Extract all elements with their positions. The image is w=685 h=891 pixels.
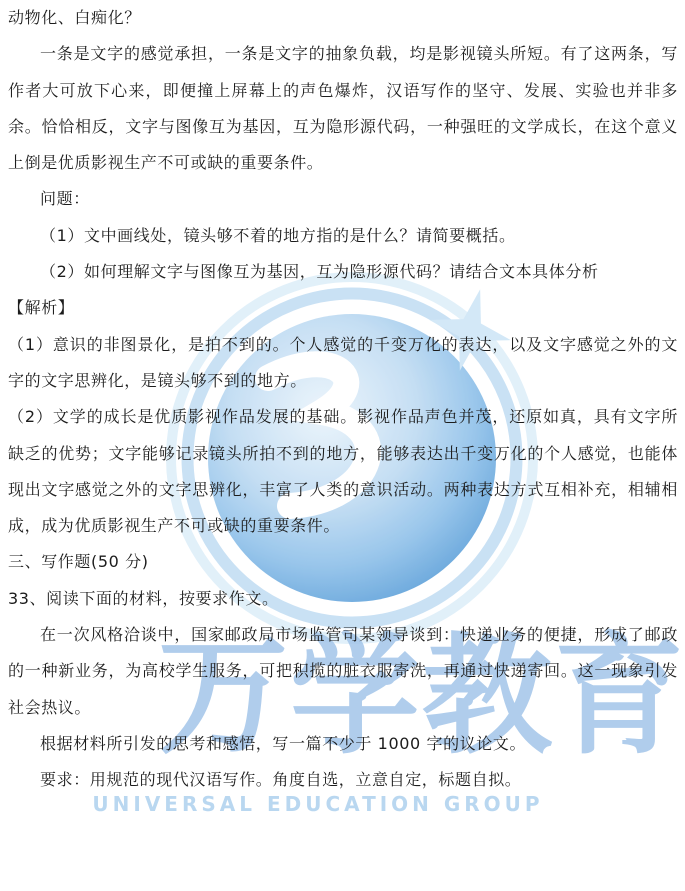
paragraph: 在一次风格洽谈中，国家邮政局市场监管司某领导谈到：快递业务的便捷，形成了邮政的一… <box>8 617 678 726</box>
paragraph: 动物化、白痴化？ <box>8 0 678 36</box>
document-body: 动物化、白痴化？一条是文字的感觉承担，一条是文字的抽象负载，均是影视镜头所短。有… <box>0 0 685 799</box>
paragraph: 33、阅读下面的材料，按要求作文。 <box>8 581 678 617</box>
paragraph: 根据材料所引发的思考和感悟，写一篇不少于 1000 字的议论文。 <box>8 726 678 762</box>
paragraph: 【解析】 <box>8 290 678 326</box>
document-page: { "page": { "width": 685, "height": 891,… <box>0 0 685 891</box>
paragraph: 三、写作题(50 分) <box>8 544 678 580</box>
paragraph: 问题： <box>8 181 678 217</box>
paragraph: （2）文学的成长是优质影视作品发展的基础。影视作品声色并茂，还原如真，具有文字所… <box>8 399 678 544</box>
paragraph: 要求：用规范的现代汉语写作。角度自选，立意自定，标题自拟。 <box>8 762 678 798</box>
paragraph: （1）文中画线处，镜头够不着的地方指的是什么？请简要概括。 <box>8 218 678 254</box>
paragraph: （2）如何理解文字与图像互为基因，互为隐形源代码？请结合文本具体分析 <box>8 254 678 290</box>
paragraph: 一条是文字的感觉承担，一条是文字的抽象负载，均是影视镜头所短。有了这两条，写作者… <box>8 36 678 181</box>
paragraph: （1）意识的非图景化，是拍不到的。个人感觉的千变万化的表达，以及文字感觉之外的文… <box>8 327 678 400</box>
